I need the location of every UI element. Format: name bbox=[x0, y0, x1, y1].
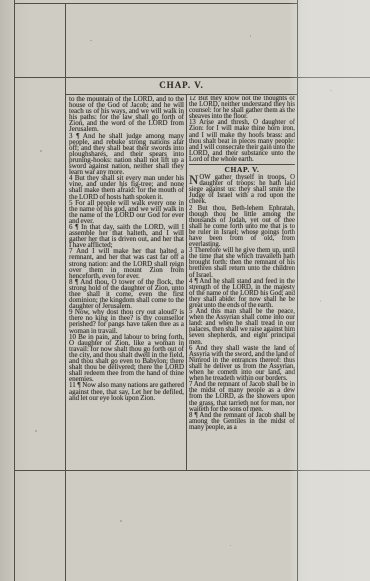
text-column-right: 12 But they know not the thoughts of the… bbox=[189, 96, 295, 469]
rule-column-divider bbox=[186, 94, 187, 470]
verse: 6 And they shall waste the land of Assyr… bbox=[189, 346, 295, 383]
verse: 9 Now, why dost thou cry out aloud? is t… bbox=[69, 309, 184, 333]
verse: 8 ¶ And the remnant of Jacob shall be am… bbox=[189, 413, 295, 431]
verse: 7 And the remnant of Jacob shall be in t… bbox=[189, 382, 295, 412]
verse: 10 Be in pain, and labour to bring forth… bbox=[69, 334, 184, 383]
verse: 4 But they shall sit every man under his… bbox=[69, 175, 184, 199]
running-head: CHAP. V. bbox=[66, 78, 297, 93]
verse: 8 ¶ And thou, O tower of the flock, the … bbox=[69, 279, 184, 309]
verse: 3 ¶ And he shall judge among many people… bbox=[69, 133, 184, 176]
verse: 6 ¶ In that day, saith the LORD, will I … bbox=[69, 224, 184, 248]
verse: 3 Therefore will he give them up, until … bbox=[189, 248, 295, 278]
verse: 4 ¶ And he shall stand and feed in the s… bbox=[189, 279, 295, 309]
rule-left-outer bbox=[14, 0, 15, 581]
rule-header-bottom bbox=[66, 94, 297, 95]
rule-header-top bbox=[14, 77, 370, 78]
paper-speck bbox=[230, 545, 231, 546]
rule-right-outer bbox=[297, 0, 298, 581]
verse: 7 And I will make her that halted a remn… bbox=[69, 248, 184, 278]
rule-bottom bbox=[14, 470, 370, 471]
paper-speck bbox=[320, 300, 321, 302]
paper-speck bbox=[90, 40, 92, 41]
rule-left-inner bbox=[65, 3, 66, 581]
text-column-left: to the mountain of the LORD, and to the … bbox=[69, 96, 184, 469]
paper-speck bbox=[35, 430, 37, 432]
paper-speck bbox=[330, 90, 332, 91]
paper-speck bbox=[40, 150, 42, 152]
paper-speck bbox=[250, 35, 251, 37]
verse: 2 But thou, Beth-lehem Ephratah, though … bbox=[189, 206, 295, 249]
scanned-bible-page: CHAP. V. to the mountain of the LORD, an… bbox=[0, 0, 370, 581]
drop-cap: N bbox=[189, 175, 199, 186]
rule-top bbox=[14, 3, 298, 4]
verse: 5 For all people will walk every one in … bbox=[69, 200, 184, 224]
verse: to the mountain of the LORD, and to the … bbox=[69, 96, 184, 133]
chapter-heading: CHAP. V. bbox=[189, 164, 295, 174]
verse: 5 And this man shall be the peace, when … bbox=[189, 309, 295, 346]
verse: 13 Arise and thresh, O daughter of Zion:… bbox=[189, 120, 295, 163]
verse: OW gather thyself in troops, O daughter … bbox=[189, 174, 295, 205]
verse: 11 ¶ Now also many nations are gathered … bbox=[69, 382, 184, 400]
verse-with-dropcap: NOW gather thyself in troops, O daughter… bbox=[189, 175, 295, 205]
verse: 12 But they know not the thoughts of the… bbox=[189, 96, 295, 120]
paper-speck bbox=[120, 520, 122, 522]
